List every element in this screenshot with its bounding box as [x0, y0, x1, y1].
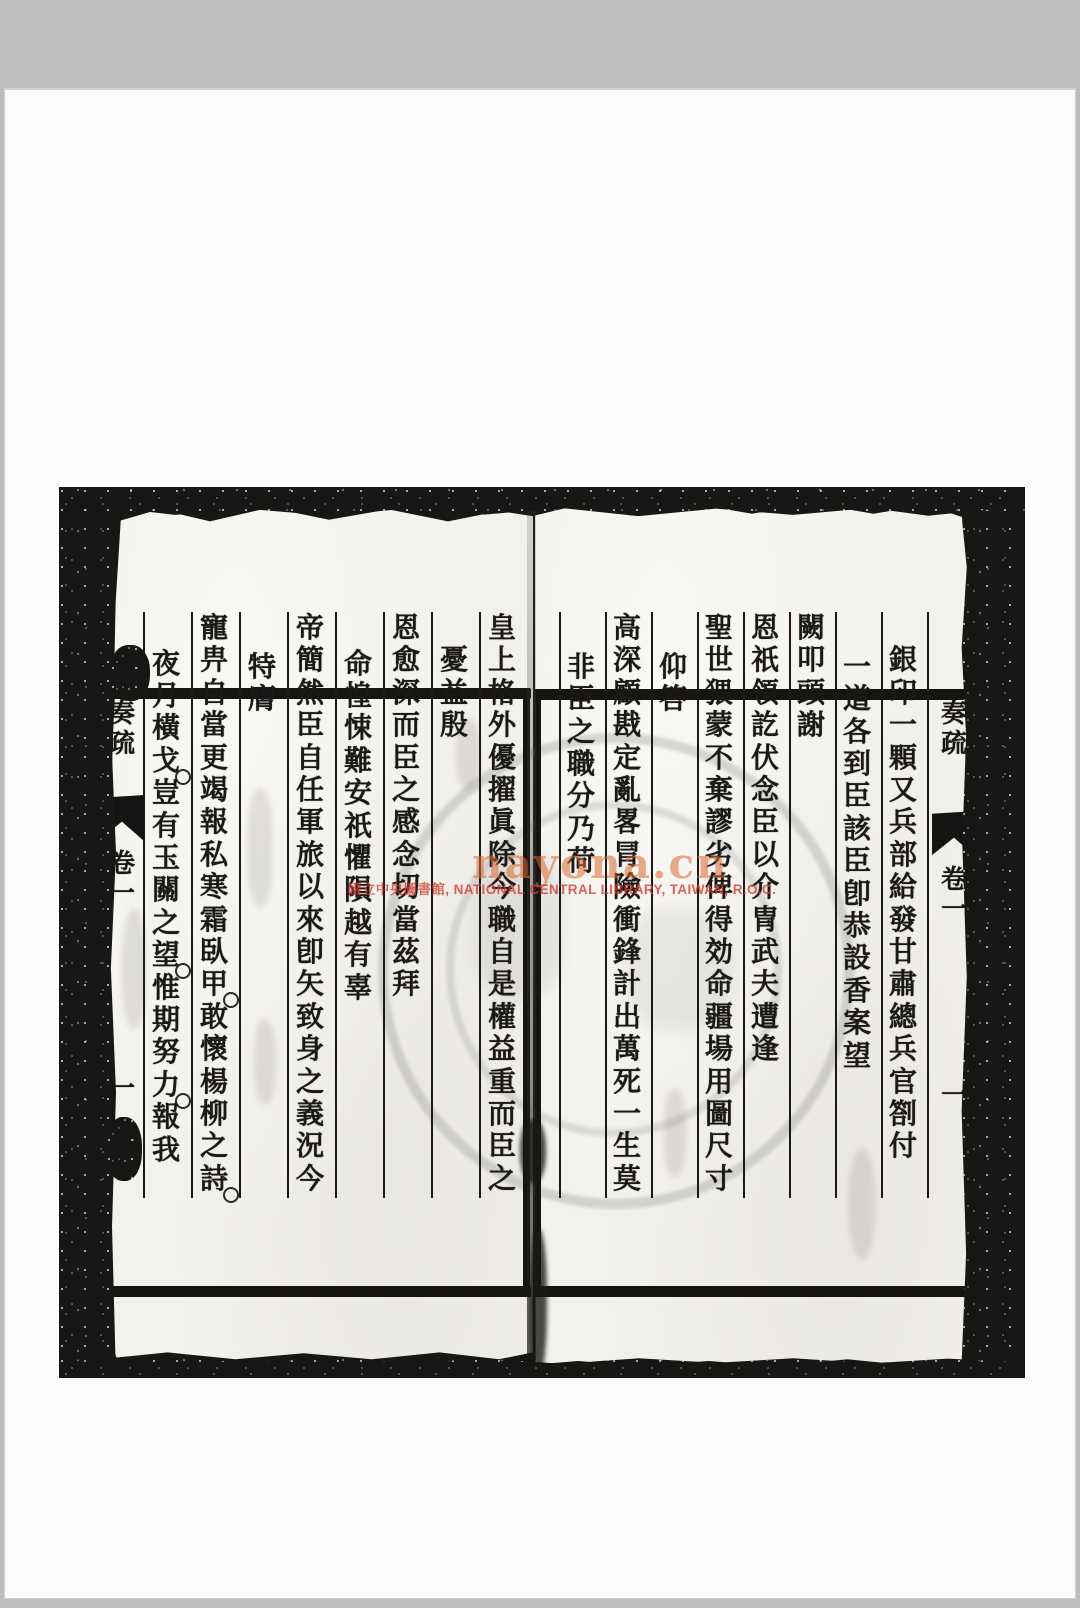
- column-character: 甘: [882, 937, 924, 967]
- column-character: 愈: [384, 645, 428, 675]
- column-character: 臥: [192, 937, 236, 967]
- column-character: 卽: [288, 937, 332, 967]
- photo-edge-right: [961, 487, 1025, 1378]
- column-character: 有: [144, 811, 188, 841]
- column-character: 橫: [144, 713, 188, 743]
- scan-canvas: 奏疏 卷一 一 奏疏 卷一 一 nayona.cn 國立中央圖書館, NATIO…: [4, 88, 1076, 1599]
- column-character: 謬: [698, 807, 740, 837]
- column-character: 臣: [836, 781, 878, 811]
- column-character: 恭: [836, 911, 878, 941]
- ink-bleed-smudge: [254, 1019, 276, 1104]
- column-character: 計: [606, 969, 648, 999]
- column-character: 力: [144, 1070, 188, 1100]
- column-character: 悚: [336, 713, 380, 743]
- column-character: 關: [144, 875, 188, 905]
- column-character: 懼: [336, 843, 380, 873]
- column-character: 念: [744, 775, 786, 805]
- column-character: 越: [336, 908, 380, 938]
- column-character: 是: [480, 969, 524, 999]
- column-character: 之: [192, 1131, 236, 1161]
- column-character: 旅: [288, 840, 332, 870]
- column-character: 特: [240, 652, 284, 682]
- column-character: 圖: [698, 1099, 740, 1129]
- column-character: 深: [606, 645, 648, 675]
- column-character: 殷: [432, 710, 476, 740]
- column-character: 謝: [790, 710, 832, 740]
- left-block-bottom-border: [104, 1286, 531, 1297]
- column-character: 官: [882, 1067, 924, 1097]
- column-character: 得: [698, 905, 740, 935]
- column-character: 甲: [192, 969, 236, 999]
- column-character: 膺: [240, 684, 284, 714]
- column-character: 益: [480, 1034, 524, 1064]
- column-character: 蒙: [698, 710, 740, 740]
- column-character: 一: [606, 1099, 648, 1129]
- column-character: 畧: [606, 807, 648, 837]
- column-character: 私: [192, 840, 236, 870]
- column-character: 總: [882, 1002, 924, 1032]
- column-character: 衝: [606, 905, 648, 935]
- torn-edge-blob: [110, 645, 150, 701]
- column-character: 優: [480, 743, 524, 773]
- column-character: 自: [192, 678, 236, 708]
- column-character: 帝: [288, 613, 332, 643]
- column-character: 惶: [336, 681, 380, 711]
- column-character: 不: [698, 743, 740, 773]
- column-character: 楊: [192, 1067, 236, 1097]
- column-character: 職: [560, 749, 602, 779]
- column-character: 之: [384, 775, 428, 805]
- column-character: 非: [560, 652, 602, 682]
- column-character: 臣: [480, 1131, 524, 1161]
- column-character: 兵: [882, 807, 924, 837]
- column-character: 亂: [606, 775, 648, 805]
- column-character: 身: [288, 1034, 332, 1064]
- column-character: 恩: [384, 613, 428, 643]
- column-character: 祇: [744, 645, 786, 675]
- column-character: 冑: [744, 905, 786, 935]
- column-character: 臣: [836, 846, 878, 876]
- column-character: 豈: [144, 778, 188, 808]
- column-character: 之: [560, 717, 602, 747]
- column-character: 竭: [192, 775, 236, 805]
- column-character: 臣: [384, 743, 428, 773]
- column-separator: [927, 612, 929, 1198]
- column-character: 敢: [192, 1002, 236, 1032]
- column-character: 卽: [836, 879, 878, 909]
- ink-bleed-smudge: [247, 789, 273, 907]
- column-character: 望: [144, 940, 188, 970]
- column-character: 難: [336, 746, 380, 776]
- column-character: 之: [144, 908, 188, 938]
- column-character: 又: [882, 775, 924, 805]
- column-character: 聖: [698, 613, 740, 643]
- column-character: 高: [606, 613, 648, 643]
- column-character: 寒: [192, 872, 236, 902]
- column-character: 辜: [336, 973, 380, 1003]
- column-character: 寵: [192, 613, 236, 643]
- column-character: 權: [480, 1002, 524, 1032]
- column-character: 武: [744, 937, 786, 967]
- column-character: 茲: [384, 937, 428, 967]
- column-character: 重: [480, 1067, 524, 1097]
- column-character: 一: [882, 710, 924, 740]
- column-character: 仰: [652, 652, 694, 682]
- column-character: 案: [836, 1008, 878, 1038]
- column-character: 矢: [288, 969, 332, 999]
- ink-bleed-smudge: [664, 1089, 686, 1177]
- column-character: 望: [836, 1041, 878, 1071]
- column-character: 畁: [192, 645, 236, 675]
- column-character: 軍: [288, 807, 332, 837]
- column-character: 而: [384, 710, 428, 740]
- library-watermark: 國立中央圖書館, NATIONAL CENTRAL LIBRARY, TAIWA…: [348, 878, 776, 898]
- column-character: 柳: [192, 1099, 236, 1129]
- column-character: 之: [480, 1164, 524, 1194]
- column-character: 萬: [606, 1034, 648, 1064]
- column-character: 逢: [744, 1034, 786, 1064]
- column-character: 鋒: [606, 937, 648, 967]
- column-character: 當: [192, 710, 236, 740]
- column-character: 場: [698, 1034, 740, 1064]
- column-character: 定: [606, 743, 648, 773]
- column-character: 安: [336, 778, 380, 808]
- column-character: 外: [480, 710, 524, 740]
- column-character: 付: [882, 1131, 924, 1161]
- column-character: 設: [836, 943, 878, 973]
- ink-bleed-smudge: [849, 1149, 875, 1259]
- column-character: 夜: [144, 649, 188, 679]
- column-character: 棄: [698, 775, 740, 805]
- column-character: 玉: [144, 843, 188, 873]
- column-character: 自: [288, 743, 332, 773]
- column-character: 臣: [288, 710, 332, 740]
- column-character: 訖: [744, 710, 786, 740]
- column-character: 更: [192, 743, 236, 773]
- column-character: 詩: [192, 1164, 236, 1194]
- column-character: 感: [384, 807, 428, 837]
- column-character: 我: [144, 1135, 188, 1165]
- column-character: 疆: [698, 1002, 740, 1032]
- judou-circle-mark: [223, 1187, 239, 1203]
- column-character: 道: [836, 684, 878, 714]
- column-character: 臣: [744, 807, 786, 837]
- column-character: 而: [480, 1099, 524, 1129]
- column-character: 戡: [606, 710, 648, 740]
- column-character: 任: [288, 775, 332, 805]
- column-character: 各: [836, 717, 878, 747]
- column-character: 霜: [192, 905, 236, 935]
- column-character: 發: [882, 905, 924, 935]
- column-character: 益: [432, 678, 476, 708]
- column-character: 自: [480, 937, 524, 967]
- fold-dark-blot: [530, 1229, 547, 1375]
- column-character: 有: [336, 940, 380, 970]
- column-character: 寸: [698, 1164, 740, 1194]
- column-character: 拜: [384, 969, 428, 999]
- column-character: 期: [144, 1005, 188, 1035]
- column-character: 遭: [744, 1002, 786, 1032]
- column-character: 況: [288, 1131, 332, 1161]
- column-character: 香: [836, 976, 878, 1006]
- column-character: 肅: [882, 969, 924, 999]
- column-character: 印: [882, 678, 924, 708]
- column-character: 格: [480, 678, 524, 708]
- column-character: 答: [652, 684, 694, 714]
- column-character: 夫: [744, 969, 786, 999]
- column-character: 努: [144, 1037, 188, 1067]
- column-character: 今: [288, 1164, 332, 1194]
- screenshot-stage: 奏疏 卷一 一 奏疏 卷一 一 nayona.cn 國立中央圖書館, NATIO…: [0, 0, 1080, 1608]
- column-character: 義: [288, 1099, 332, 1129]
- column-character: 祇: [336, 811, 380, 841]
- column-character: 領: [744, 678, 786, 708]
- column-character: 念: [384, 840, 428, 870]
- column-character: 死: [606, 1067, 648, 1097]
- column-character: 之: [288, 1067, 332, 1097]
- photo-edge-left: [59, 487, 116, 1378]
- column-character: 世: [698, 645, 740, 675]
- column-character: 劄: [882, 1099, 924, 1129]
- column-character: 上: [480, 645, 524, 675]
- fold-dark-blot: [520, 1119, 546, 1183]
- column-character: 一: [836, 652, 878, 682]
- column-character: 當: [384, 905, 428, 935]
- column-character: 月: [144, 681, 188, 711]
- column-character: 兵: [882, 1034, 924, 1064]
- column-character: 報: [144, 1102, 188, 1132]
- column-character: 擢: [480, 775, 524, 805]
- column-character: 以: [744, 840, 786, 870]
- column-character: 頭: [790, 678, 832, 708]
- column-character: 皇: [480, 613, 524, 643]
- column-character: 簡: [288, 645, 332, 675]
- column-character: 出: [606, 1002, 648, 1032]
- column-character: 到: [836, 749, 878, 779]
- column-character: 給: [882, 872, 924, 902]
- column-character: 戈: [144, 746, 188, 776]
- column-character: 致: [288, 1002, 332, 1032]
- column-character: 顧: [606, 678, 648, 708]
- column-character: 憂: [432, 645, 476, 675]
- column-character: 惟: [144, 973, 188, 1003]
- column-character: 効: [698, 937, 740, 967]
- column-character: 深: [384, 678, 428, 708]
- column-character: 然: [288, 678, 332, 708]
- column-character: 用: [698, 1067, 740, 1097]
- column-character: 恩: [744, 613, 786, 643]
- right-block-bottom-border: [535, 1286, 969, 1297]
- column-character: 該: [836, 814, 878, 844]
- column-character: 生: [606, 1131, 648, 1161]
- column-character: 闕: [790, 613, 832, 643]
- column-character: 眞: [480, 807, 524, 837]
- column-character: 臣: [560, 684, 602, 714]
- column-character: 職: [480, 905, 524, 935]
- column-character: 銀: [882, 645, 924, 675]
- column-character: 叩: [790, 645, 832, 675]
- column-character: 分: [560, 781, 602, 811]
- column-character: 命: [698, 969, 740, 999]
- column-character: 尺: [698, 1131, 740, 1161]
- column-character: 顆: [882, 743, 924, 773]
- torn-edge-blob: [106, 1117, 142, 1181]
- column-character: 猥: [698, 678, 740, 708]
- column-character: 伏: [744, 743, 786, 773]
- column-character: 報: [192, 807, 236, 837]
- column-character: 懷: [192, 1034, 236, 1064]
- column-character: 命: [336, 649, 380, 679]
- column-character: 部: [882, 840, 924, 870]
- column-character: 以: [288, 872, 332, 902]
- column-character: 莫: [606, 1164, 648, 1194]
- column-character: 來: [288, 905, 332, 935]
